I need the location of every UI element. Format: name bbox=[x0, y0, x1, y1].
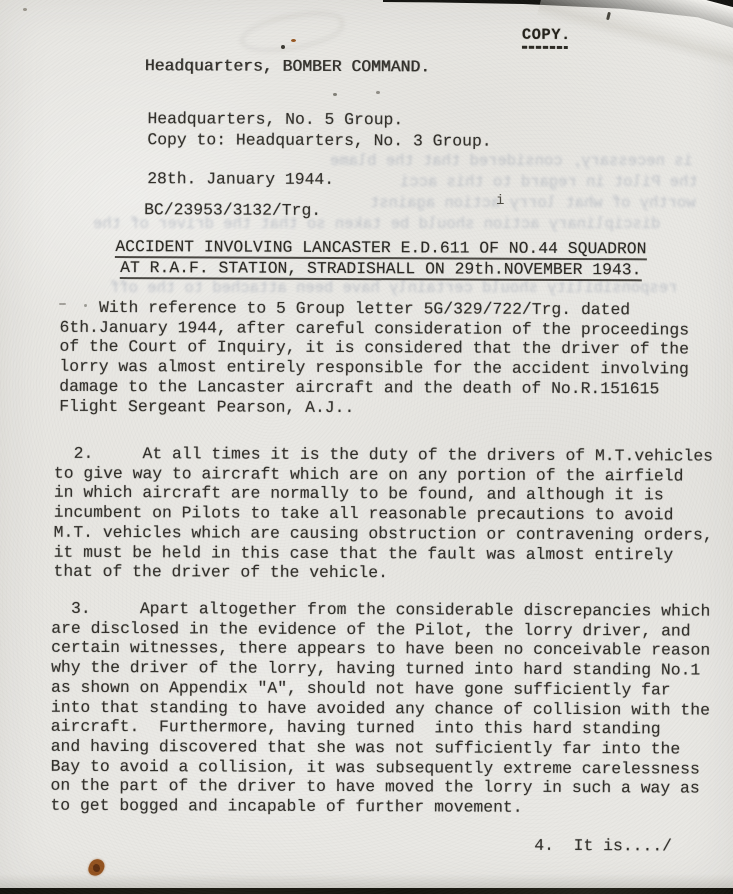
paper-speck bbox=[291, 39, 296, 42]
paper-speck bbox=[333, 93, 337, 96]
paragraph-1: With reference to 5 Group letter 5G/329/… bbox=[59, 298, 689, 419]
paragraph-3: 3. Apart altogether from the considerabl… bbox=[50, 599, 710, 819]
subject-line-2: AT R.A.F. STATION, STRADISHALL ON 29th.N… bbox=[120, 258, 641, 281]
letterhead-organisation: Headquarters, BOMBER COMMAND. bbox=[145, 56, 430, 76]
typed-content-layer: COPY. Headquarters, BOMBER COMMAND. Head… bbox=[0, 0, 733, 894]
paragraph-2: 2. At all times it is the duty of the dr… bbox=[53, 444, 713, 585]
typewritten-memo-page: is necessary, considered that the blame … bbox=[0, 0, 733, 894]
scan-edge-bottom bbox=[0, 888, 733, 894]
letterhead-addressee: Headquarters, No. 5 Group. bbox=[147, 109, 403, 129]
date-line: 28th. January 1944. bbox=[147, 169, 334, 189]
bottom-shadow bbox=[0, 874, 733, 888]
paper-speck bbox=[23, 8, 27, 11]
copy-stamp: COPY. bbox=[522, 26, 571, 44]
stray-ink-mark: i bbox=[496, 193, 504, 209]
subject-heading: ACCIDENT INVOLVING LANCASTER E.D.611 OF … bbox=[96, 237, 666, 281]
reference-number: BC/23953/3132/Trg. bbox=[144, 200, 321, 220]
paper-speck bbox=[84, 304, 87, 307]
paper-speck bbox=[376, 91, 380, 94]
ink-stain-core bbox=[93, 864, 100, 872]
letterhead-copy-to: Copy to: Headquarters, No. 3 Group. bbox=[147, 130, 491, 151]
continuation-note: 4. It is..../ bbox=[534, 836, 672, 856]
paper-speck bbox=[281, 45, 285, 49]
copy-stamp-underline bbox=[522, 46, 568, 49]
subject-line-1: ACCIDENT INVOLVING LANCASTER E.D.611 OF … bbox=[115, 237, 646, 260]
paper-speck bbox=[59, 303, 66, 305]
